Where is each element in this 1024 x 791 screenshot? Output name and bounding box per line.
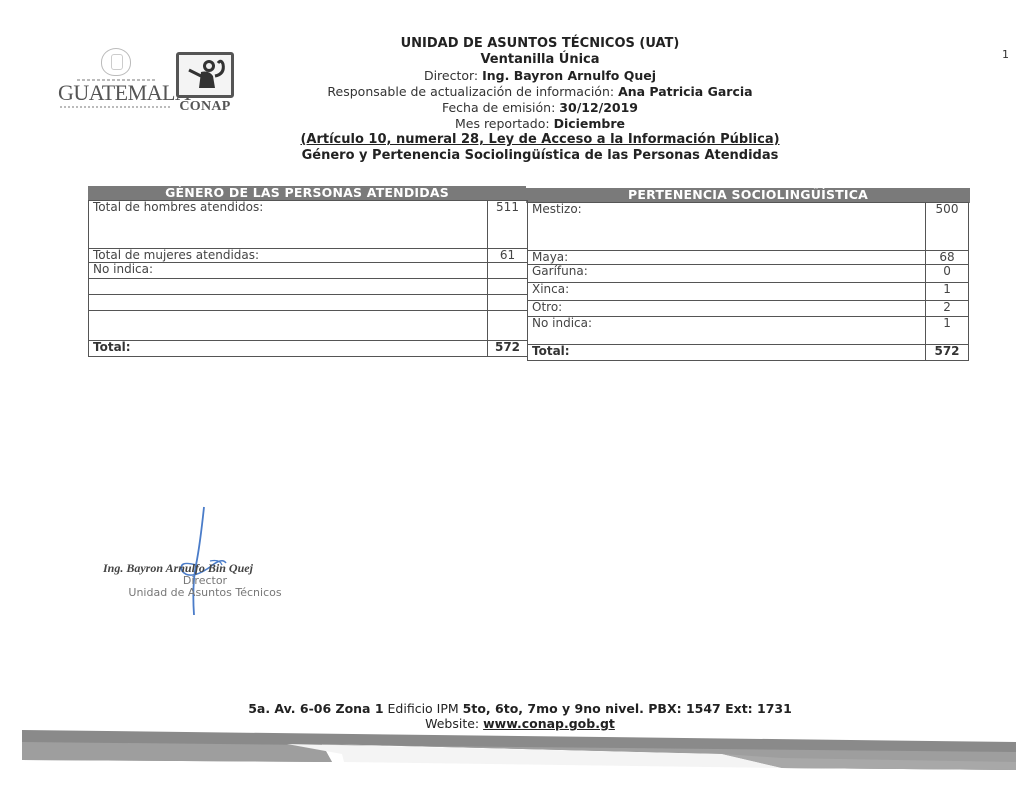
row-value: 500 bbox=[926, 203, 969, 251]
row-value: 61 bbox=[488, 249, 528, 263]
responsible-name: Ana Patricia Garcia bbox=[618, 84, 753, 99]
row-label: Otro: bbox=[528, 301, 926, 317]
reported-month: Diciembre bbox=[554, 116, 625, 131]
report-subtitle: Género y Pertenencia Sociolingüística de… bbox=[300, 148, 780, 164]
footer-decorative-band bbox=[22, 728, 1016, 778]
footer-address: 5a. Av. 6-06 Zona 1 Edificio IPM 5to, 6t… bbox=[240, 701, 800, 716]
director-name: Ing. Bayron Arnulfo Quej bbox=[482, 68, 656, 83]
table-row: Total de hombres atendidos:511 bbox=[89, 201, 528, 249]
guatemala-logo: GUATEMALA bbox=[58, 48, 174, 116]
issue-date-line: Fecha de emisión: 30/12/2019 bbox=[300, 100, 780, 116]
table-row bbox=[89, 311, 528, 341]
table-row: Otro:2 bbox=[528, 301, 969, 317]
row-value: 511 bbox=[488, 201, 528, 249]
table-row: No indica: bbox=[89, 263, 528, 279]
gender-table: Total de hombres atendidos:511Total de m… bbox=[88, 200, 528, 357]
total-row: Total:572 bbox=[528, 345, 969, 361]
responsible-line: Responsable de actualización de informac… bbox=[300, 84, 780, 100]
conap-logo: CONAP bbox=[173, 52, 237, 118]
row-label bbox=[89, 295, 488, 311]
language-table-header: PERTENENCIA SOCIOLINGÜÍSTICA bbox=[526, 188, 970, 203]
table-row: Mestizo:500 bbox=[528, 203, 969, 251]
row-label: Maya: bbox=[528, 251, 926, 265]
conap-logo-text: CONAP bbox=[173, 99, 237, 115]
row-label: Garífuna: bbox=[528, 265, 926, 283]
unit-title: UNIDAD DE ASUNTOS TÉCNICOS (UAT) bbox=[300, 36, 780, 52]
coat-of-arms-icon bbox=[101, 48, 131, 76]
table-row bbox=[89, 279, 528, 295]
director-line: Director: Ing. Bayron Arnulfo Quej bbox=[300, 68, 780, 84]
table-row: Garífuna:0 bbox=[528, 265, 969, 283]
language-table: Mestizo:500Maya:68Garífuna:0Xinca:1Otro:… bbox=[527, 202, 969, 361]
issue-date: 30/12/2019 bbox=[559, 100, 638, 115]
row-value: 1 bbox=[926, 317, 969, 345]
row-value: 0 bbox=[926, 265, 969, 283]
row-value: 68 bbox=[926, 251, 969, 265]
row-value bbox=[488, 263, 528, 279]
row-label: No indica: bbox=[528, 317, 926, 345]
row-value bbox=[488, 295, 528, 311]
total-row: Total:572 bbox=[89, 341, 528, 357]
monkey-icon bbox=[176, 52, 234, 98]
row-value bbox=[488, 279, 528, 295]
row-label: No indica: bbox=[89, 263, 488, 279]
row-value: 2 bbox=[926, 301, 969, 317]
document-header: UNIDAD DE ASUNTOS TÉCNICOS (UAT) Ventani… bbox=[300, 36, 780, 164]
table-row bbox=[89, 295, 528, 311]
total-value: 572 bbox=[488, 341, 528, 357]
guatemala-logo-text: GUATEMALA bbox=[58, 82, 174, 104]
row-value bbox=[488, 311, 528, 341]
footer-contact: 5a. Av. 6-06 Zona 1 Edificio IPM 5to, 6t… bbox=[240, 701, 800, 731]
row-label bbox=[89, 279, 488, 295]
row-label: Xinca: bbox=[528, 283, 926, 301]
table-row: No indica:1 bbox=[528, 317, 969, 345]
table-row: Maya:68 bbox=[528, 251, 969, 265]
legal-reference: (Artículo 10, numeral 28, Ley de Acceso … bbox=[300, 132, 780, 148]
table-row: Xinca:1 bbox=[528, 283, 969, 301]
office-title: Ventanilla Única bbox=[300, 52, 780, 68]
row-label: Total de mujeres atendidas: bbox=[89, 249, 488, 263]
table-row: Total de mujeres atendidas:61 bbox=[89, 249, 528, 263]
page-number: 1 bbox=[1002, 48, 1009, 61]
row-value: 1 bbox=[926, 283, 969, 301]
row-label: Total de hombres atendidos: bbox=[89, 201, 488, 249]
total-label: Total: bbox=[89, 341, 488, 357]
gender-table-header: GÉNERO DE LAS PERSONAS ATENDIDAS bbox=[88, 186, 526, 200]
signatory-unit: Unidad de Asuntos Técnicos bbox=[100, 587, 310, 599]
director-signature: Ing. Bayron Arnulfo Bin Quej Director Un… bbox=[100, 505, 310, 625]
row-label bbox=[89, 311, 488, 341]
row-label: Mestizo: bbox=[528, 203, 926, 251]
total-label: Total: bbox=[528, 345, 926, 361]
month-line: Mes reportado: Diciembre bbox=[300, 116, 780, 132]
signatory-name: Ing. Bayron Arnulfo Bin Quej bbox=[103, 561, 253, 576]
total-value: 572 bbox=[926, 345, 969, 361]
